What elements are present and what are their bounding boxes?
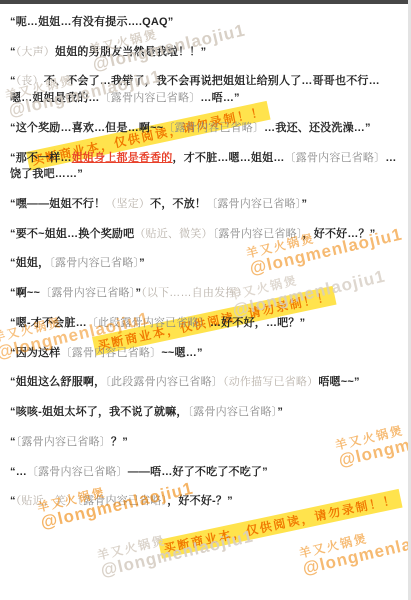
dialogue-text: ~~嗯…”	[161, 347, 202, 359]
stage-direction: （坚定）	[105, 198, 150, 210]
redacted-text: 〔露骨内容已省略〕	[27, 466, 128, 478]
dialogue-text: “…	[10, 466, 27, 478]
script-paragraph: “咳咳-姐姐太坏了，我不说了就嘛，〔露骨内容已省略〕”	[10, 404, 399, 421]
script-paragraph: “要不~姐姐…换个奖励吧（贴近、微笑）〔露骨内容已省略〕，好不好…？”	[10, 226, 399, 243]
dialogue-text: “那不一样…	[10, 152, 72, 164]
redacted-text: 〔露骨内容已省略〕	[77, 495, 167, 507]
dialogue-text: ？”	[111, 436, 128, 448]
redacted-text: 〔此段露骨内容已省略〕	[87, 317, 210, 329]
dialogue-text: ”	[139, 257, 145, 269]
dialogue-text: ”	[301, 198, 307, 210]
script-paragraph: “姐姐这么舒服啊，〔此段露骨内容已省略〕（动作描写已省略）唔嗯~~”	[10, 374, 399, 391]
dialogue-text: “姐姐，	[10, 257, 49, 269]
dialogue-text: ，好不好-？”	[167, 495, 233, 507]
dialogue-text: 不，不放！	[150, 198, 206, 210]
script-paragraph: “这个奖励…喜欢…但是…啊~~〔露骨内容已省略〕…我还、还没洗澡…”	[10, 120, 399, 137]
dialogue-text: …好不好，…吧？”	[210, 317, 305, 329]
script-paragraph: “嗯-才不会脏…〔此段露骨内容已省略〕…好不好，…吧？”	[10, 315, 399, 332]
document-page: 买断商业本，仅供阅读，请勿录制！！买断商业本，仅供阅读，请勿录制！！买断商业本，…	[0, 0, 411, 600]
stage-direction: （以下……自由发挥）	[141, 287, 248, 299]
redacted-text: 〔露骨内容已省略〕	[206, 198, 301, 210]
dialogue-text: “因为这样	[10, 347, 61, 359]
stage-direction: （大声）	[16, 46, 55, 58]
script-paragraph: “（丧）不、不会了…我错了，我不会再说把姐姐让给别人了…哥哥也不行…嗯…姐姐是我…	[10, 73, 399, 106]
brand-watermark-handle: @longmenlaojiu1	[99, 527, 255, 580]
dialogue-text: “咳咳-姐姐太坏了，我不说了就嘛，	[10, 406, 188, 418]
dialogue-text: ，好不好…？”	[303, 228, 376, 240]
dialogue-text: “嗯-才不会脏…	[10, 317, 87, 329]
redacted-text: 〔露骨内容已省略〕	[188, 406, 278, 418]
dialogue-text: “姐姐这么舒服啊，	[10, 376, 105, 388]
dialogue-text: 唔嗯~~”	[318, 376, 359, 388]
script-paragraph: “〔露骨内容已省略〕？”	[10, 434, 399, 451]
script-paragraph: “…〔露骨内容已省略〕——唔…好了不吃了不吃了”	[10, 464, 399, 481]
redacted-text: 〔露骨内容已省略〕	[163, 122, 264, 134]
dialogue-text: “这个奖励…喜欢…但是…啊~~	[10, 122, 163, 134]
redacted-text: 〔露骨内容已省略〕	[61, 347, 162, 359]
dialogue-text: “要不~姐姐…换个奖励吧	[10, 228, 134, 240]
redacted-text: 〔露骨内容已省略〕	[16, 436, 111, 448]
stage-direction: （丧）	[16, 75, 44, 87]
redacted-text: 〔露骨内容已省略〕	[285, 152, 386, 164]
redacted-text: 〔露骨内容已省略〕	[49, 257, 139, 269]
stage-direction: （贴近，笑）	[16, 495, 78, 507]
dialogue-text: ——唔…好了不吃了不吃了”	[128, 466, 268, 478]
redacted-text: 〔露骨内容已省略〕	[100, 92, 201, 104]
red-underline-emphasis: 姐姐身上都是香香的	[72, 152, 173, 164]
script-paragraph: “嘿——姐姐不行！（坚定）不，不放！〔露骨内容已省略〕”	[10, 196, 399, 213]
dialogue-text: “嘿——姐姐不行！	[10, 198, 105, 210]
dialogue-text: 姐姐的男朋友当然是我啦！！”	[55, 46, 206, 58]
redacted-text: 〔此段露骨内容已省略〕	[105, 376, 223, 388]
script-paragraph: “（大声）姐姐的男朋友当然是我啦！！”	[10, 44, 399, 61]
dialogue-text: “啊~~	[10, 287, 40, 299]
script-text-body: “呃…姐姐…有没有提示….QAQ”“（大声）姐姐的男朋友当然是我啦！！”“（丧）…	[0, 0, 411, 531]
stage-direction: （动作描写已省略）	[223, 376, 318, 388]
script-paragraph: “啊~~〔露骨内容已省略〕”（以下……自由发挥）	[10, 285, 399, 302]
redacted-text: 〔露骨内容已省略〕	[213, 228, 303, 240]
brand-watermark-handle: @longmenlaojiu1	[301, 525, 411, 578]
script-paragraph: “（贴近，笑）〔露骨内容已省略〕，好不好-？”	[10, 493, 399, 510]
script-paragraph: “因为这样〔露骨内容已省略〕~~嗯…”	[10, 345, 399, 362]
window-top-edge	[0, 0, 411, 4]
script-paragraph: “呃…姐姐…有没有提示….QAQ”	[10, 14, 399, 31]
script-paragraph: “那不一样…姐姐身上都是香香的，才不脏…嗯…姐姐…〔露骨内容已省略〕…饶了我吧……	[10, 150, 399, 183]
stage-direction: （贴近、微笑）	[134, 228, 212, 240]
dialogue-text: …我还、还没洗澡…”	[264, 122, 371, 134]
dialogue-text: ，才不脏…嗯…姐姐…	[173, 152, 285, 164]
script-paragraph: “姐姐，〔露骨内容已省略〕”	[10, 255, 399, 272]
dialogue-text: ”	[277, 406, 283, 418]
redacted-text: 〔露骨内容已省略〕	[40, 287, 135, 299]
dialogue-text: …唔…”	[200, 92, 239, 104]
dialogue-text: “呃…姐姐…有没有提示….QAQ”	[10, 16, 174, 28]
